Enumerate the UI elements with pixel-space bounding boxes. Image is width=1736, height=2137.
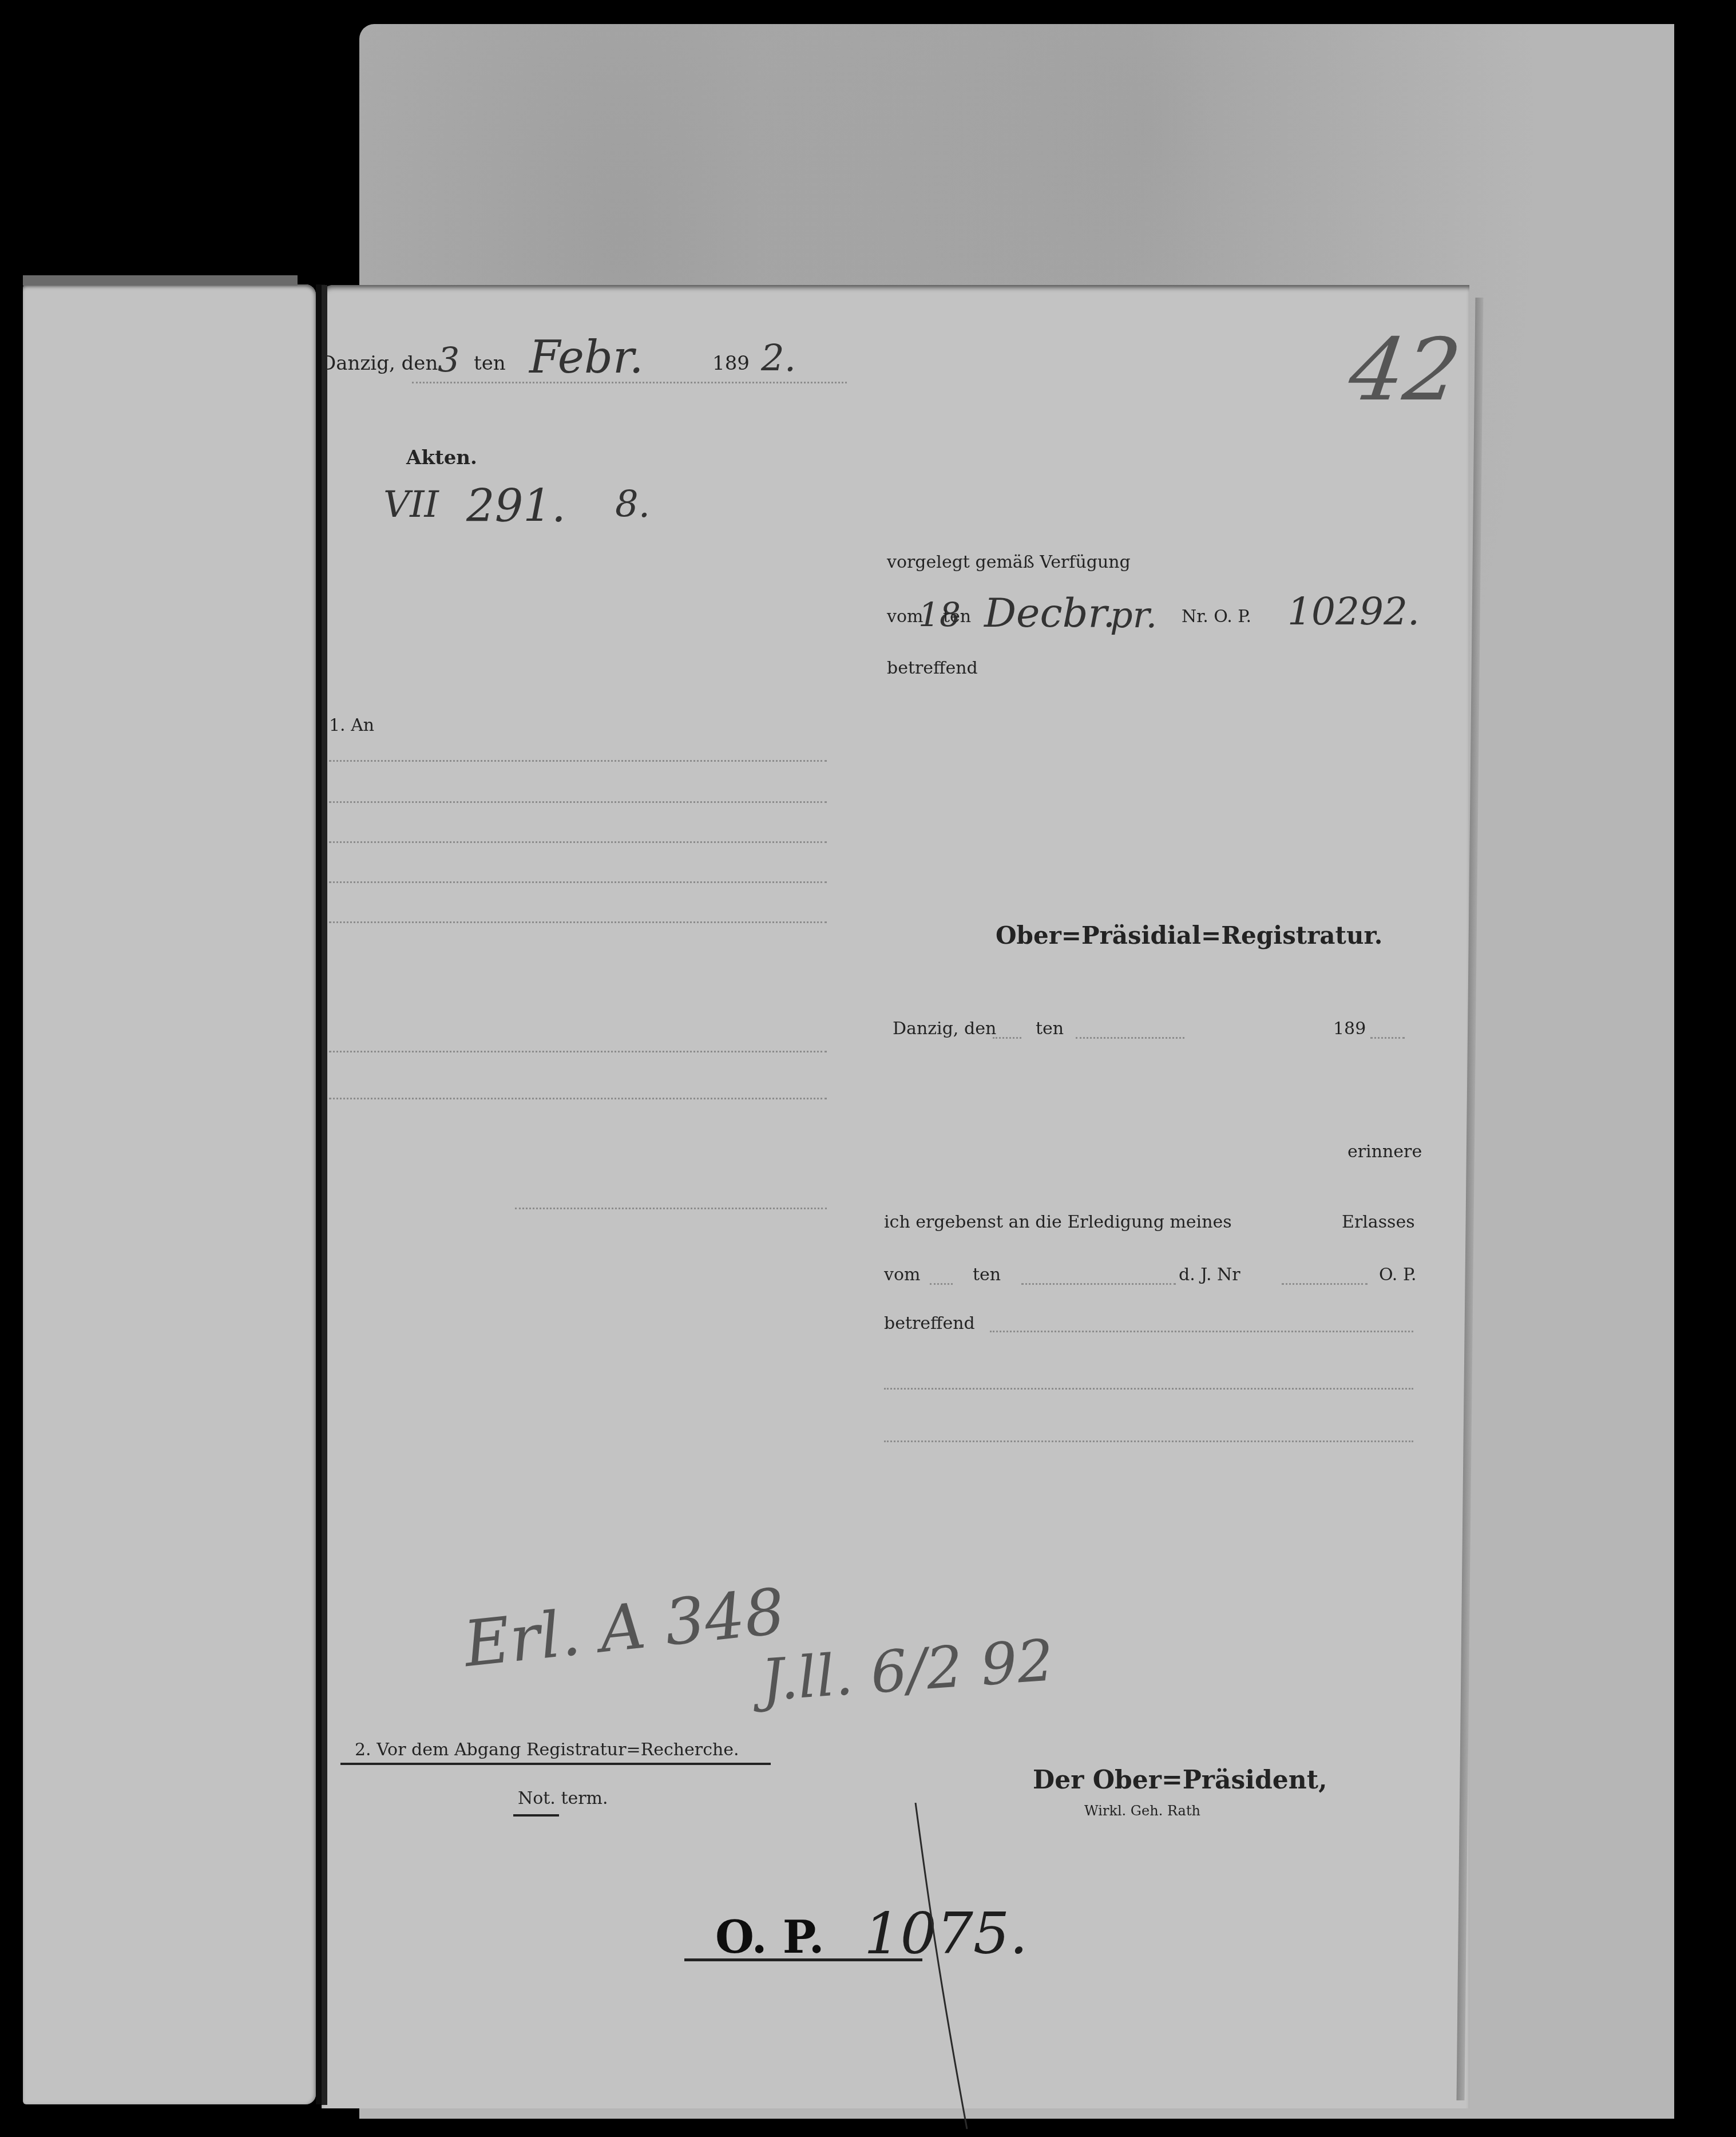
footer-rule (684, 1958, 922, 1961)
vorgelegt-ten-label: ten (943, 607, 971, 627)
reminder-vom-line: vom ten d. J. Nr O. P. (884, 1265, 1422, 1293)
header-year-prefix: 189 (712, 352, 750, 375)
item2-label: 2. Vor dem Abgang Registratur=Recherche. (355, 1740, 739, 1760)
akten-roman: VII (383, 484, 439, 526)
item1-line-5 (329, 921, 827, 923)
header-place: Danzig, den (320, 352, 438, 375)
reminder-line-2-dots (884, 1388, 1413, 1390)
vorgelegt-vom-line: vom 18 ten Decbr. pr. Nr. O. P. 10292. (887, 589, 1448, 647)
vorgelegt-betreffend: betreffend (887, 658, 978, 678)
item1-line-7 (329, 1098, 827, 1099)
reminder-betreffend: betreffend (884, 1313, 975, 1333)
item2-rule (340, 1763, 771, 1765)
item1-line-8 (515, 1208, 827, 1209)
item1-line-6 (329, 1051, 827, 1052)
reminder-day-dots (930, 1283, 953, 1285)
akten-label: Akten. (406, 446, 477, 469)
registratur-day-dots (993, 1037, 1021, 1039)
footer-op-label: O. P. (715, 1912, 825, 1964)
vorgelegt-nr: 10292. (1287, 589, 1420, 634)
registratur-month-dots (1076, 1037, 1184, 1039)
registratur-title: Ober=Präsidial=Registratur. (996, 921, 1382, 949)
reminder-dj-nr: d. J. Nr (1179, 1265, 1240, 1285)
header-day: 3 (438, 341, 459, 381)
binding-edge (322, 285, 327, 2105)
registratur-ten: ten (1036, 1019, 1064, 1039)
item1-line-2 (329, 801, 827, 803)
folder-tape (23, 275, 298, 286)
signature-subtitle: Wirkl. Geh. Rath (1084, 1803, 1200, 1819)
item1-line-1 (329, 760, 827, 762)
item1-line-3 (329, 841, 827, 843)
not-term-rule (513, 1814, 559, 1817)
signature-title: Der Ober=Präsident, (1033, 1766, 1327, 1795)
left-folder-strip (23, 284, 316, 2104)
registratur-year-prefix: 189 (1333, 1019, 1366, 1039)
header-dotted-line (412, 382, 847, 383)
reminder-erlasses: Erlasses (1342, 1212, 1415, 1232)
vorgelegt-nr-label: Nr. O. P. (1182, 607, 1251, 627)
reminder-erinnere: erinnere (1347, 1142, 1422, 1162)
vorgelegt-month: Decbr. (984, 589, 1116, 636)
not-term: Not. term. (518, 1788, 608, 1808)
item1-line-4 (329, 881, 827, 883)
reminder-op: O. P. (1379, 1265, 1417, 1285)
reminder-ten: ten (973, 1265, 1001, 1285)
header-month: Febr. (529, 332, 643, 383)
vorgelegt-vom-label: vom (887, 607, 923, 627)
folio-number: 42 (1343, 320, 1467, 420)
item1-label: 1. An (329, 715, 374, 735)
akten-number: 291. (466, 481, 566, 532)
reminder-line2: ich ergebenst an die Erledigung meines (884, 1212, 1232, 1232)
header-year: 2. (761, 338, 796, 380)
reminder-month-dots (1021, 1283, 1176, 1285)
reminder-betreffend-dots (990, 1331, 1413, 1332)
registratur-date-line: Danzig, den ten 189 (893, 1019, 1408, 1047)
akten-sub: 8. (615, 484, 650, 526)
reminder-nr-dots (1282, 1283, 1368, 1285)
vorgelegt-line: vorgelegt gemäß Verfügung (887, 552, 1131, 572)
registratur-place: Danzig, den (893, 1019, 996, 1039)
reminder-line-3-dots (884, 1441, 1413, 1442)
reminder-vom: vom (884, 1265, 920, 1285)
registratur-year-dots (1370, 1037, 1405, 1039)
vorgelegt-pr: pr. (1110, 594, 1157, 636)
pen-stroke (904, 1803, 984, 2135)
header-day-suffix: ten (474, 352, 506, 375)
